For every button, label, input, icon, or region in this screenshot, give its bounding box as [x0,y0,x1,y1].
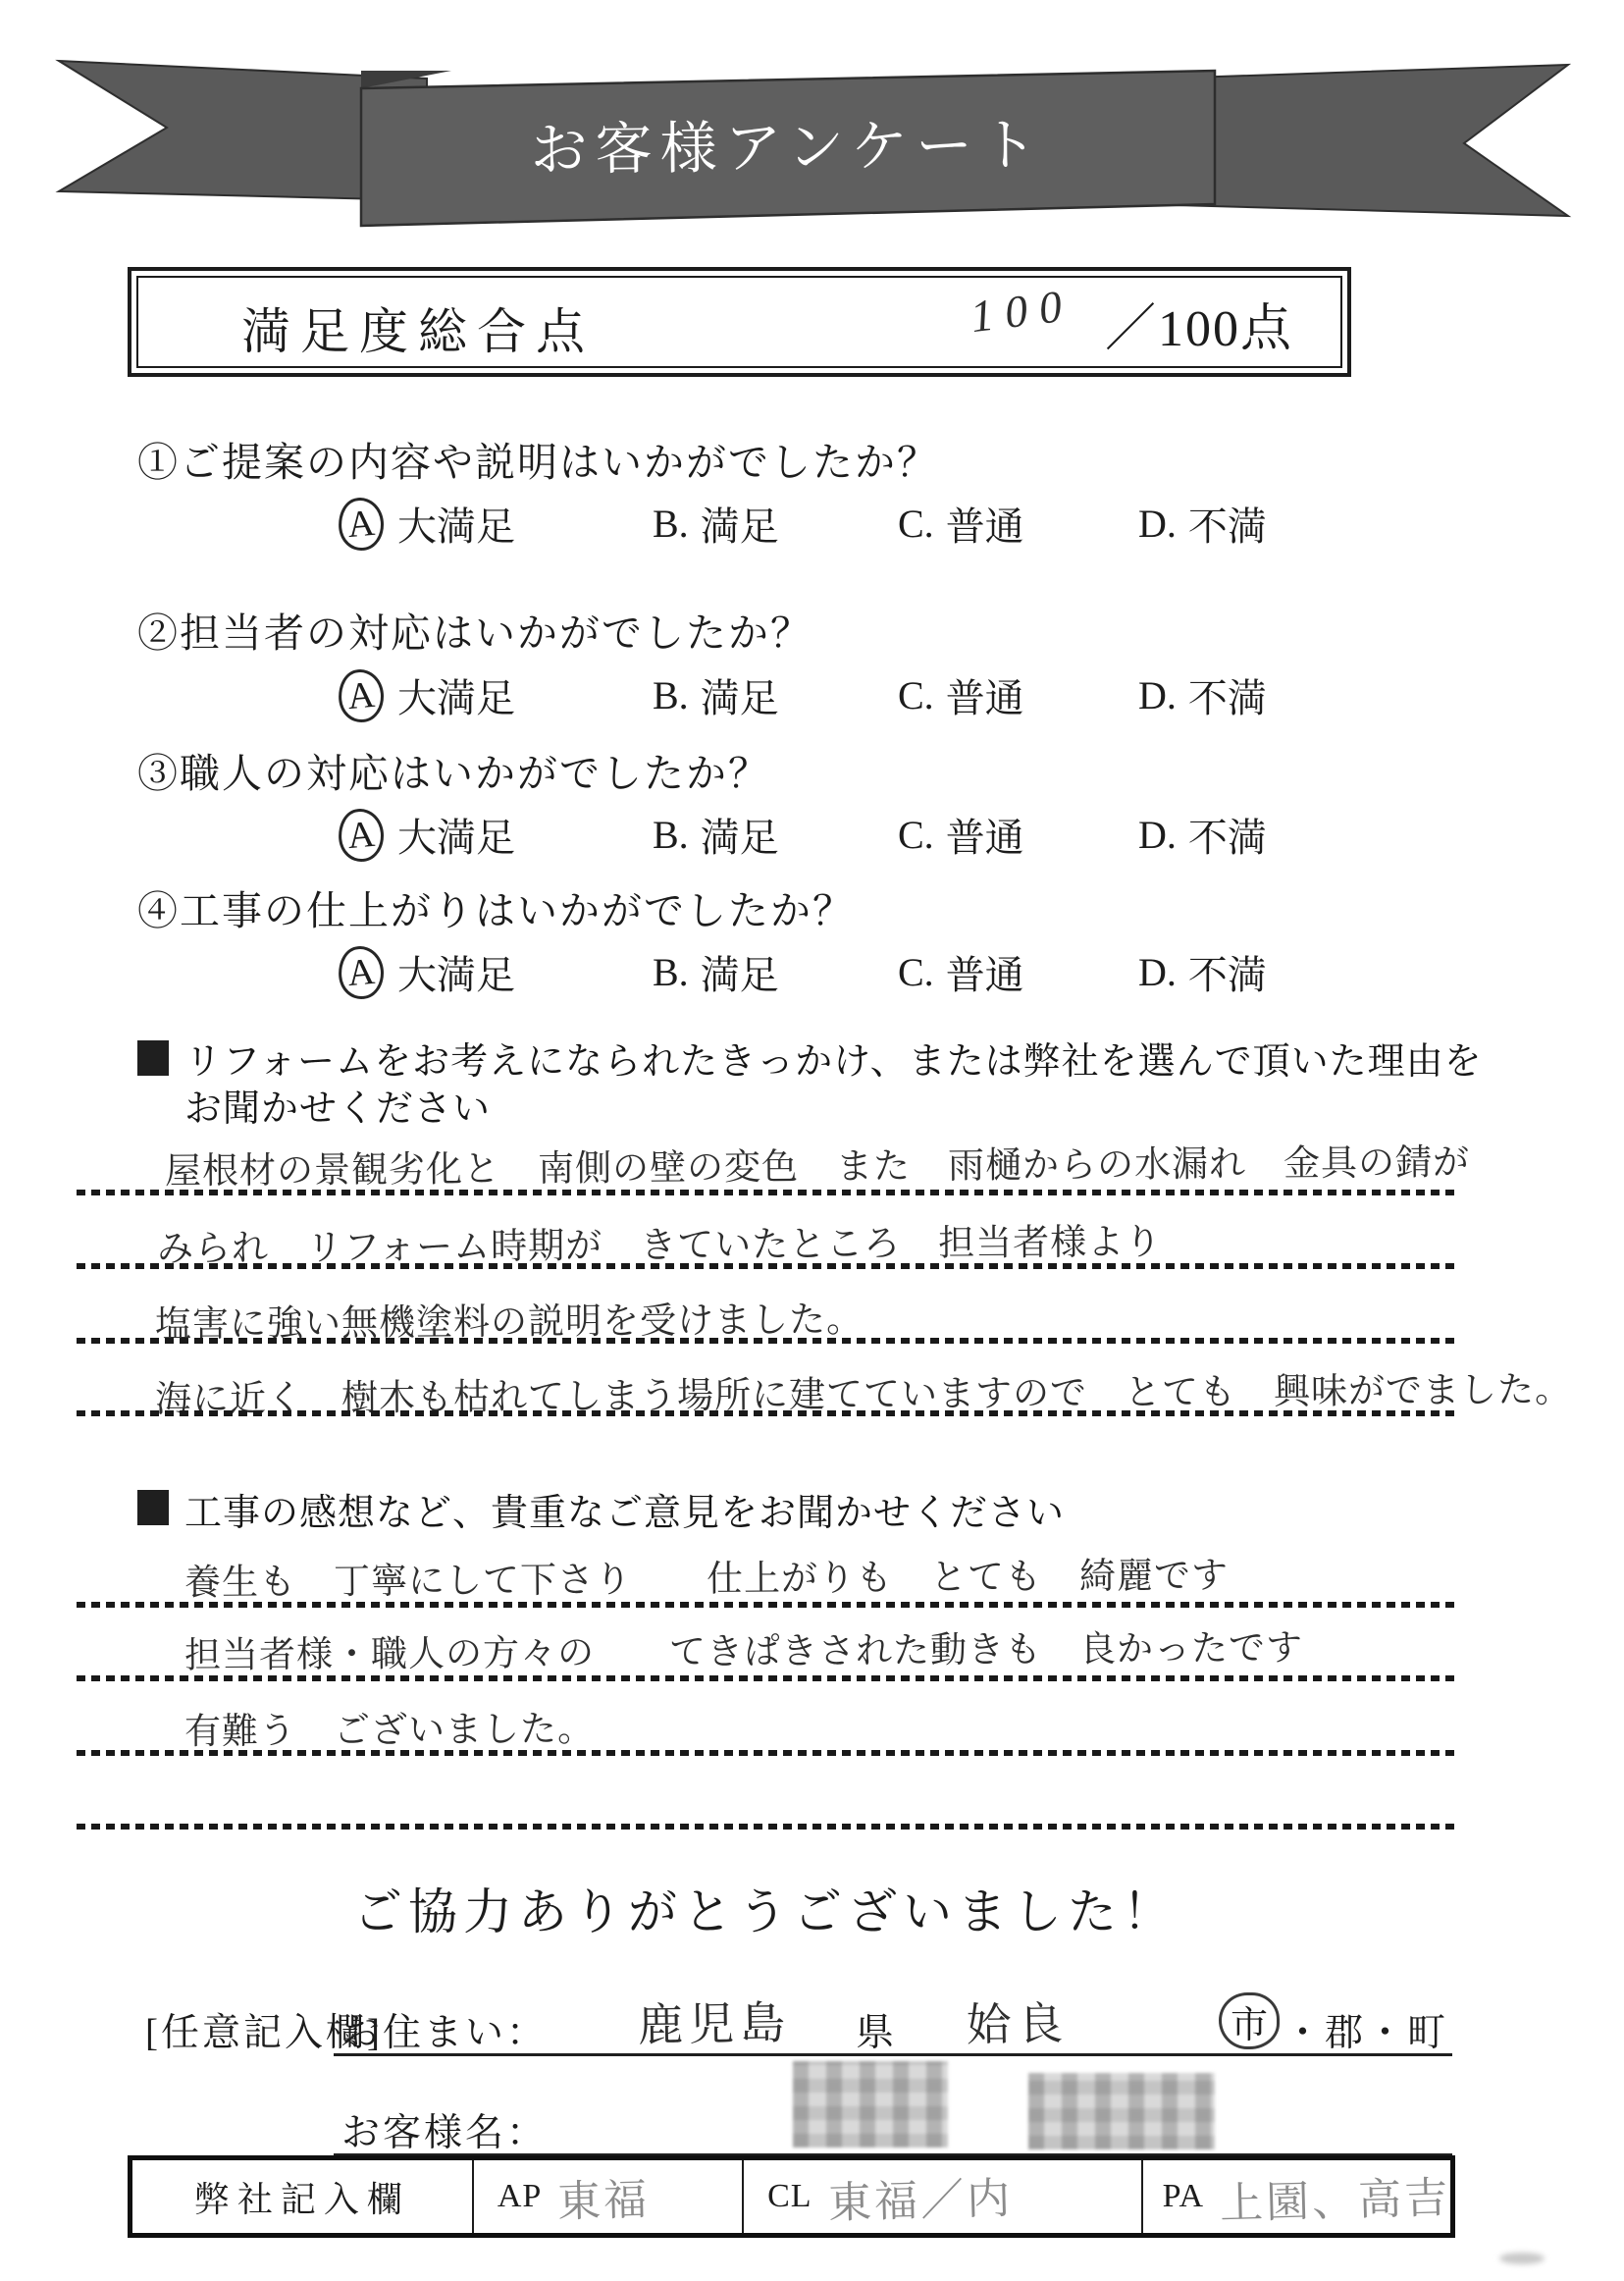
question-3-text: ③職人の対応はいかがでしたか？ [137,741,770,799]
question-4-options: A 大満足 B.満足 C.普通 D.不満 [339,944,1267,1000]
company-table-label: 弊社記入欄 [132,2160,472,2233]
prefecture-unit-label: 県 [856,2002,897,2057]
cl-handwritten-value: 東福／内 [827,2163,1014,2231]
section-bullet-icon [137,1490,169,1525]
question-2-option-b: B.満足 [653,667,898,723]
question-2-option-d: D.不満 [1138,667,1267,723]
reason-handwritten-line-1: 屋根材の景観劣化と 南側の壁の変色 また 雨樋からの水漏れ 金具の錆が [165,1132,1470,1194]
answer-rule-line [77,1824,1459,1830]
feedback-heading: 工事の感想など、貴重なご意見をお聞かせください [184,1482,1065,1536]
company-cell-cl: CL 東福／内 [742,2160,1141,2233]
company-cell-pa: PA 上園、高吉 [1141,2160,1450,2233]
ribbon-graphic: お客様アンケート [39,51,1580,233]
answer-circle: A [337,807,387,864]
answer-rule-line [77,1263,1459,1269]
answer-circle: A [337,667,387,724]
page-title: お客様アンケート [530,113,1045,182]
customer-name-redacted [793,2061,948,2148]
company-cell-ap: AP 東福 [472,2160,742,2233]
question-1-option-a-selected: A 大満足 [339,496,653,552]
reason-heading-line2: お聞かせください [184,1078,491,1132]
survey-scan-page: お客様アンケート 満足度総合点 100 ／100点 ①ご提案の内容や説明はいかが… [0,0,1624,2281]
question-1-options: A 大満足 B.満足 C.普通 D.不満 [339,496,1267,552]
reason-heading-line1: リフォームをお考えになられたきっかけ、または弊社を選んで頂いた理由を [184,1031,1483,1085]
answer-circle: A [337,944,387,1001]
question-4-option-a-selected: A 大満足 [339,944,653,1000]
question-2-option-a-selected: A 大満足 [339,667,653,723]
question-3-option-c: C.普通 [898,807,1138,863]
answer-rule-line [77,1410,1459,1416]
question-3-option-a-selected: A 大満足 [339,807,653,863]
answer-rule-line [77,1750,1459,1756]
answer-rule-line [77,1190,1459,1195]
question-4-option-d: D.不満 [1138,944,1267,1000]
question-3-option-b: B.満足 [653,807,898,863]
question-1-option-b: B.満足 [653,496,898,552]
pa-handwritten-value: 上園、高吉 [1219,2162,1451,2231]
city-unit-circled: 市 [1219,1992,1280,2049]
question-2-option-c: C.普通 [898,667,1138,723]
question-4-option-c: C.普通 [898,944,1138,1000]
feedback-handwritten-line-2: 担当者様・職人の方々の てきぱきされた動きも 良かったです [184,1618,1303,1678]
feedback-handwritten-line-3: 有難う ございました。 [184,1699,595,1755]
answer-rule-line [77,1602,1459,1608]
answer-rule-line [77,1675,1459,1681]
customer-name-redacted [1028,2073,1215,2149]
question-4-option-b: B.満足 [653,944,898,1000]
customer-name-label: お客様名： [341,2102,548,2157]
ap-handwritten-value: 東福 [556,2164,651,2229]
score-box: 満足度総合点 100 ／100点 [128,267,1351,377]
closing-thanks-text: ご協力ありがとうございました！ [0,1873,1531,1943]
answer-circle: A [337,496,387,553]
question-2-options: A 大満足 B.満足 C.普通 D.不満 [339,667,1267,723]
score-denominator: ／100点 [1105,287,1293,360]
address-underline [334,2053,1452,2056]
title-ribbon: お客様アンケート [39,51,1580,233]
question-2-text: ②担当者の対応はいかがでしたか？ [137,601,812,659]
question-1-option-d: D.不満 [1138,496,1267,552]
question-1-text: ①ご提案の内容や説明はいかがでしたか？ [137,430,939,488]
feedback-handwritten-line-1: 養生も 丁寧にして下さり 仕上がりも とても 綺麗です [184,1545,1229,1605]
score-label: 満足度総合点 [241,292,595,363]
section-bullet-icon [137,1040,169,1076]
city-unit-rest-label: ・郡・町 [1283,2002,1448,2057]
answer-rule-line [77,1338,1459,1344]
question-3-options: A 大満足 B.満足 C.普通 D.不満 [339,807,1267,863]
city-handwritten: 姶良 [966,1988,1069,2054]
scan-artifact [1499,2253,1545,2264]
question-3-option-d: D.不満 [1138,807,1267,863]
question-1-option-c: C.普通 [898,496,1138,552]
question-4-text: ④工事の仕上がりはいかがでしたか？ [137,878,855,936]
address-label: お住まい： [341,2002,548,2057]
prefecture-handwritten: 鹿児島 [637,1988,791,2055]
company-entry-table: 弊社記入欄 AP 東福 CL 東福／内 PA 上園、高吉 [128,2155,1455,2238]
